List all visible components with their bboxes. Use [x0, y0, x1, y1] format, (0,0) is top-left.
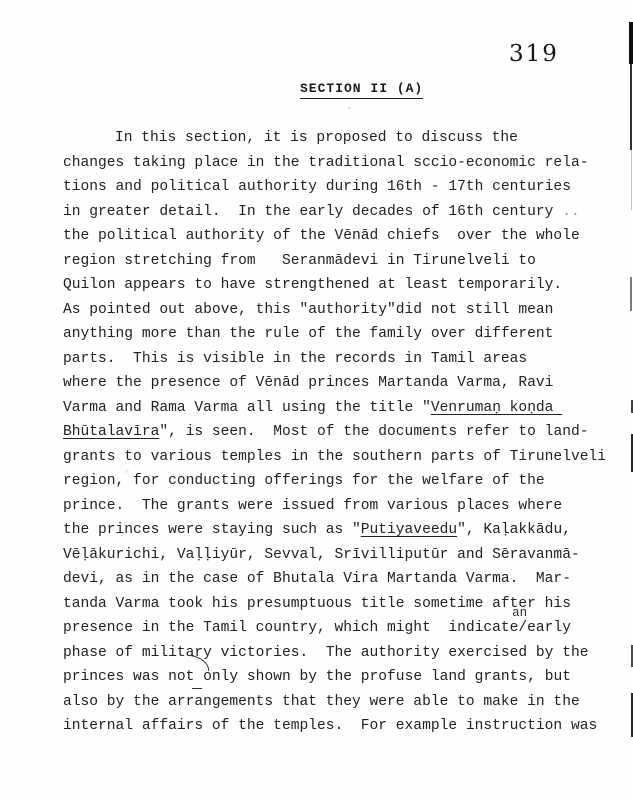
text-segment: grants to various temples in the souther…: [63, 449, 606, 465]
text-segment: anything more than the rule of the famil…: [63, 326, 553, 342]
scan-edge-artifact: [631, 150, 633, 210]
text-segment: earlyan: [527, 620, 571, 636]
text-line: Bhūtalavīra", is seen. Most of the docum…: [63, 420, 627, 445]
text-line: prince. The grants were issued from vari…: [63, 494, 627, 519]
scan-edge-artifact: [629, 22, 633, 64]
text-line: princes was not only shown by the profus…: [63, 665, 627, 690]
text-segment: changes taking place in the traditional …: [63, 155, 588, 171]
text-segment: tanda Varma took his presumptuous title …: [63, 596, 571, 612]
underlined-term: Putiyaveedu: [361, 522, 457, 538]
paper-speck: [348, 107, 351, 109]
underlined-term: Venrumaṇ koṇda: [431, 400, 562, 416]
text-segment: ", is seen. Most of the documents refer …: [159, 424, 588, 440]
text-line: the princes were staying such as "Putiya…: [63, 518, 627, 543]
text-line: tanda Varma took his presumptuous title …: [63, 592, 627, 617]
text-line: phase of military victories. The authori…: [63, 641, 627, 666]
text-line: also by the arrangements that they were …: [63, 690, 627, 715]
text-segment: the princes were staying such as ": [63, 522, 361, 538]
text-segment: In this section, it is proposed to discu…: [115, 130, 518, 146]
scan-edge-artifact: [630, 277, 632, 311]
handwritten-insertion: an: [512, 607, 527, 619]
text-line: tions and political authority during 16t…: [63, 175, 627, 200]
page-number: 319: [509, 41, 559, 67]
text-segment: also by the arrangements that they were …: [63, 694, 580, 710]
body-text: In this section, it is proposed to discu…: [63, 126, 627, 739]
text-line: Vēḷākurichi, Vaḷḷiyūr, Sevval, Srīvillip…: [63, 543, 627, 568]
text-line: in greater detail. In the early decades …: [63, 200, 627, 225]
text-segment: princes was not: [63, 669, 194, 685]
text-line: In this section, it is proposed to discu…: [63, 126, 627, 151]
text-line: internal affairs of the temples. For exa…: [63, 714, 627, 739]
text-line: presence in the Tamil country, which mig…: [63, 616, 627, 641]
text-line: where the presence of Vēnād princes Mart…: [63, 371, 627, 396]
text-line: changes taking place in the traditional …: [63, 151, 627, 176]
text-segment: Varma and Rama Varma all using the title…: [63, 400, 431, 416]
text-segment: region, for conducting offerings for the…: [63, 473, 545, 489]
text-segment: ", Kaḷakkādu,: [457, 522, 571, 538]
scanned-page: 319 SECTION II (A) In this section, it i…: [0, 0, 633, 800]
scan-edge-artifact: [630, 64, 632, 150]
text-segment: Vēḷākurichi, Vaḷḷiyūr, Sevval, Srīvillip…: [63, 547, 580, 563]
text-segment: where the presence of Vēnād princes Mart…: [63, 375, 553, 391]
text-line: region, for conducting offerings for the…: [63, 469, 627, 494]
text-segment: internal affairs of the temples. For exa…: [63, 718, 597, 734]
text-line: Varma and Rama Varma all using the title…: [63, 396, 627, 421]
text-segment: parts. This is visible in the records in…: [63, 351, 527, 367]
text-segment: As pointed out above, this "authority"di…: [63, 302, 553, 318]
text-line: the political authority of the Vēnād chi…: [63, 224, 627, 249]
text-line: devi, as in the case of Bhutala Vira Mar…: [63, 567, 627, 592]
text-line: As pointed out above, this "authority"di…: [63, 298, 627, 323]
text-segment: only shown by the profuse land grants, b…: [203, 669, 571, 685]
text-segment: devi, as in the case of Bhutala Vira Mar…: [63, 571, 571, 587]
text-segment: region stretching from Seranmādevi in Ti…: [63, 253, 536, 269]
text-segment: tions and political authority during 16t…: [63, 179, 571, 195]
text-segment: prince. The grants were issued from vari…: [63, 498, 562, 514]
text-line: Quilon appears to have strengthened at l…: [63, 273, 627, 298]
text-line: region stretching from Seranmādevi in Ti…: [63, 249, 627, 274]
text-line: anything more than the rule of the famil…: [63, 322, 627, 347]
text-segment: phase of military victories. The authori…: [63, 645, 588, 661]
handwritten-tie-mark: [194, 665, 203, 690]
underlined-term: Bhūtalavīra: [63, 424, 159, 440]
text-segment: in greater detail. In the early decades …: [63, 204, 553, 220]
text-line: parts. This is visible in the records in…: [63, 347, 627, 372]
text-segment: ..: [553, 204, 579, 220]
text-line: grants to various temples in the souther…: [63, 445, 627, 470]
text-segment: Quilon appears to have strengthened at l…: [63, 277, 562, 293]
section-heading: SECTION II (A): [300, 81, 423, 99]
text-segment: presence in the Tamil country, which mig…: [63, 620, 527, 636]
paper-speck: [125, 470, 129, 473]
text-segment: the political authority of the Vēnād chi…: [63, 228, 580, 244]
